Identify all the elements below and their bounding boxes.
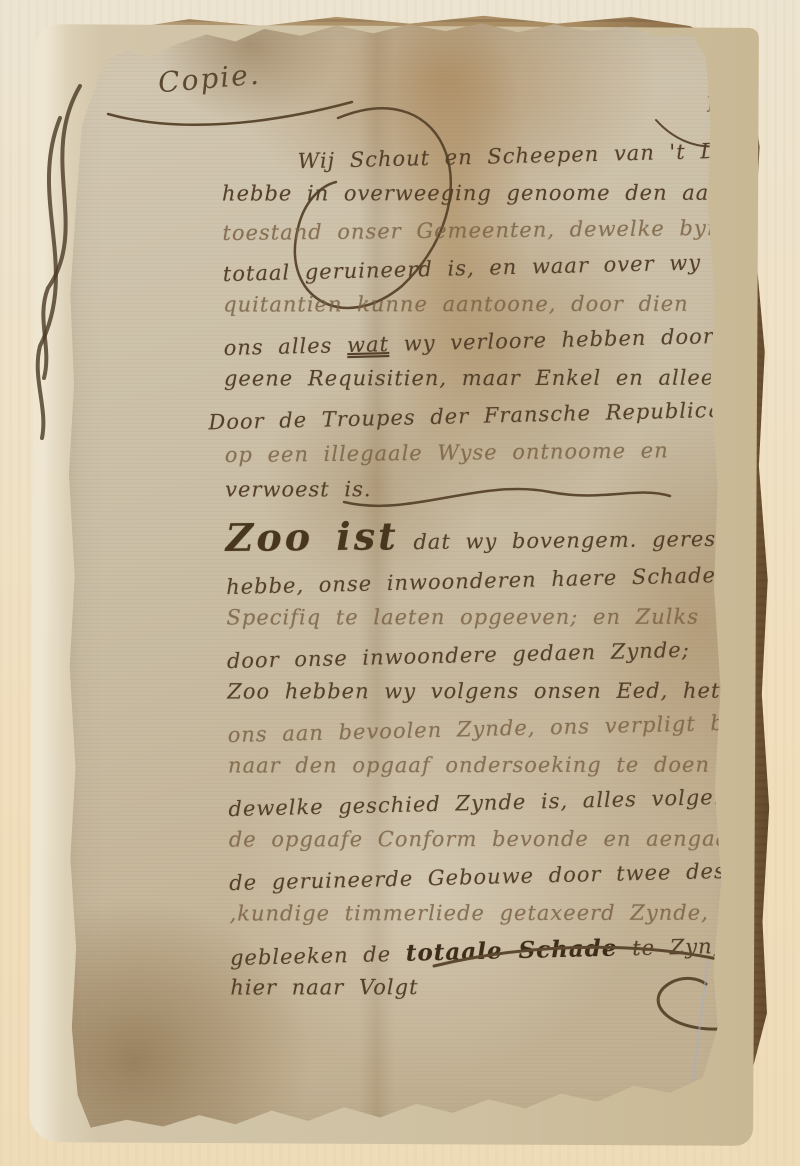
underlined-word: wat (347, 332, 390, 357)
manuscript-line: de opgaafe Conform bevonde en aengaande (229, 820, 800, 858)
manuscript-line: Door de Troupes der Fransche Republicq (208, 390, 800, 442)
line-segment: ons alles (223, 333, 347, 360)
manuscript-line: quitantien kunne aantoone, door dien (223, 286, 800, 324)
manuscript-line: dewelke geschied Zynde is, alles volgens (228, 777, 800, 828)
manuscript-line: naar den opgaaf ondersoeking te doen (228, 746, 800, 784)
manuscript-line: ,kundige timmerliede getaxeerd Zynde, is (230, 894, 800, 932)
copy-label: Copie. (157, 58, 262, 100)
manuscript-line: hebbe, onse inwoonderen haere Schade (226, 555, 800, 606)
manuscript-line: ons aan bevoolen Zynde, ons verpligt bev… (227, 703, 800, 754)
section-heading-line: Zoo ist dat wy bovengem. geresolveerd (225, 505, 800, 565)
emphasized-words: totaale Schade (405, 935, 617, 967)
line-segment: wy verloore hebben door (389, 324, 714, 356)
manuscript-line: Zoo hebben wy volgens onsen Eed, het cor… (227, 672, 800, 710)
manuscript-line: Specifiq te laeten opgeeven; en Zulks (226, 598, 800, 636)
manuscript-line: op een illegaale Wyse ontnoome en (225, 431, 800, 474)
manuscript-line: door onse inwoondere gedaen Zynde; (226, 629, 800, 680)
verwoest-swash-flourish (340, 470, 680, 524)
copy-underline-flourish (100, 90, 500, 340)
heading-opening-words: Zoo ist (225, 513, 399, 560)
manuscript-line: verwoest is. (225, 470, 800, 508)
manuscript-line: de geruineerde Gebouwe door twee des, (229, 851, 800, 902)
manuscript-page: Copie. Pag. 1. Wij Schout en Scheepen va… (40, 12, 764, 1140)
line-segment: gebleeken de (230, 942, 406, 970)
